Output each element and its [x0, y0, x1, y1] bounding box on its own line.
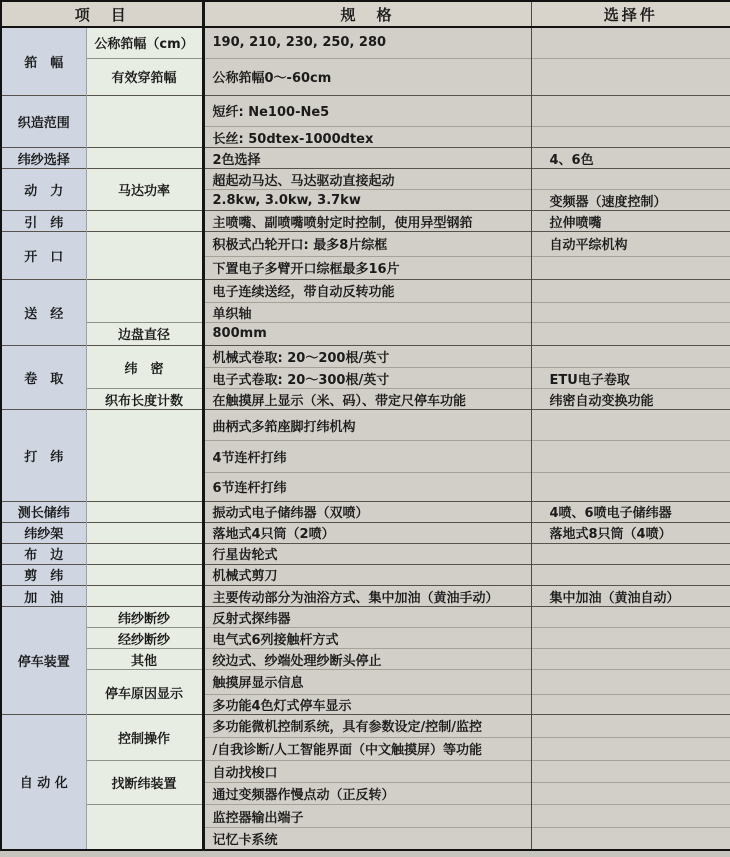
subitem-cell: 控制操作: [86, 714, 203, 760]
spec-cell: 积极式凸轮开口: 最多8片综框: [203, 232, 531, 256]
spec-cell: 在触摸屏上显示（米、码）、带定尺停车功能: [203, 389, 531, 410]
table-row: 开 口 积极式凸轮开口: 最多8片综框 自动平综机构: [1, 232, 730, 256]
category-cell-beating: 打 纬: [1, 410, 86, 501]
subitem-cell: 经纱断纱: [86, 628, 203, 649]
option-cell: 4喷、6喷电子储纬器: [531, 501, 730, 522]
category-cell-lubrication: 加 油: [1, 586, 86, 607]
table-row: 卷 取 纬 密 机械式卷取: 20～200根/英寸: [1, 345, 730, 367]
option-cell: [531, 322, 730, 345]
spec-cell: 通过变频器作慢点动（正反转）: [203, 782, 531, 804]
option-cell: 落地式8只筒（4喷）: [531, 522, 730, 543]
option-cell: [531, 302, 730, 322]
subitem-cell: [86, 148, 203, 169]
subitem-cell: 停车原因显示: [86, 670, 203, 714]
category-cell-weaving-range: 织造范围: [1, 95, 86, 147]
table-row: 布 边 行星齿轮式: [1, 543, 730, 564]
table-row: 织布长度计数 在触摸屏上显示（米、码）、带定尺停车功能 纬密自动变换功能: [1, 389, 730, 410]
table-row: 织造范围 短纤: Ne100-Ne5: [1, 95, 730, 126]
table-row: 停车原因显示 触摸屏显示信息: [1, 670, 730, 694]
option-cell: 拉伸喷嘴: [531, 211, 730, 232]
spec-cell: 电子式卷取: 20～300根/英寸: [203, 368, 531, 389]
option-cell: [531, 782, 730, 804]
spec-cell: 行星齿轮式: [203, 543, 531, 564]
option-cell: [531, 27, 730, 58]
category-cell-reed-width: 筘 幅: [1, 27, 86, 95]
table-row: 测长储纬 振动式电子储纬器（双喷） 4喷、6喷电子储纬器: [1, 501, 730, 522]
header-row: 项 目 规 格 选择件: [1, 1, 730, 27]
column-header-options: 选择件: [531, 1, 730, 27]
option-cell: [531, 714, 730, 737]
spec-cell: 主喷嘴、副喷嘴喷射定时控制，使用异型钢筘: [203, 211, 531, 232]
subitem-cell: [86, 564, 203, 585]
spec-cell: 主要传动部分为油浴方式、集中加油（黄油手动）: [203, 586, 531, 607]
option-cell: [531, 607, 730, 628]
spec-cell: 机械式剪刀: [203, 564, 531, 585]
subitem-cell: [86, 543, 203, 564]
spec-cell: 电子连续送经，带自动反转功能: [203, 279, 531, 302]
option-cell: 自动平综机构: [531, 232, 730, 256]
table-row: 纬纱架 落地式4只筒（2喷） 落地式8只筒（4喷）: [1, 522, 730, 543]
option-cell: [531, 169, 730, 190]
spec-cell: 下置电子多臂开口综框最多16片: [203, 256, 531, 279]
spec-cell: 超起动马达、马达驱动直接起动: [203, 169, 531, 190]
category-cell-selvage: 布 边: [1, 543, 86, 564]
table-row: 监控器输出端子: [1, 805, 730, 828]
table-row: 动 力 马达功率 超起动马达、马达驱动直接起动: [1, 169, 730, 190]
table-row: 剪 纬 机械式剪刀: [1, 564, 730, 585]
subitem-cell: 其他: [86, 649, 203, 670]
option-cell: [531, 628, 730, 649]
option-cell: [531, 441, 730, 472]
table-row: 其他 绞边式、纱端处理纱断头停止: [1, 649, 730, 670]
option-cell: [531, 345, 730, 367]
category-cell-weft-cutting: 剪 纬: [1, 564, 86, 585]
subitem-cell: [86, 211, 203, 232]
table-row: 送 经 电子连续送经，带自动反转功能: [1, 279, 730, 302]
option-cell: [531, 828, 730, 850]
spec-cell: 记忆卡系统: [203, 828, 531, 850]
table-row: 加 油 主要传动部分为油浴方式、集中加油（黄油手动） 集中加油（黄油自动）: [1, 586, 730, 607]
subitem-cell: 找断纬装置: [86, 760, 203, 804]
spec-cell: 自动找梭口: [203, 760, 531, 782]
category-cell-weft-insertion: 引 纬: [1, 211, 86, 232]
subitem-cell: [86, 522, 203, 543]
spec-cell: 多功能4色灯式停车显示: [203, 694, 531, 714]
spec-cell: 振动式电子储纬器（双喷）: [203, 501, 531, 522]
option-cell: [531, 256, 730, 279]
option-cell: [531, 805, 730, 828]
spec-table: 项 目 规 格 选择件 筘 幅 公称筘幅（cm） 190, 210, 230, …: [0, 0, 730, 851]
option-cell: [531, 410, 730, 441]
table-row: 有效穿筘幅 公称筘幅0～-60cm: [1, 58, 730, 95]
spec-cell: 电气式6列接触杆方式: [203, 628, 531, 649]
category-cell-automation: 自 动 化: [1, 714, 86, 850]
subitem-cell: 织布长度计数: [86, 389, 203, 410]
table-row: 找断纬装置 自动找梭口: [1, 760, 730, 782]
spec-cell: 机械式卷取: 20～200根/英寸: [203, 345, 531, 367]
option-cell: [531, 737, 730, 760]
option-cell: [531, 279, 730, 302]
spec-cell: 4节连杆打纬: [203, 441, 531, 472]
table-row: 引 纬 主喷嘴、副喷嘴喷射定时控制，使用异型钢筘 拉伸喷嘴: [1, 211, 730, 232]
option-cell: [531, 760, 730, 782]
spec-cell: 绞边式、纱端处理纱断头停止: [203, 649, 531, 670]
category-cell-weft-selection: 纬纱选择: [1, 148, 86, 169]
subitem-cell: [86, 805, 203, 850]
option-cell: [531, 58, 730, 95]
spec-cell: 公称筘幅0～-60cm: [203, 58, 531, 95]
spec-cell: 6节连杆打纬: [203, 472, 531, 501]
subitem-cell: [86, 410, 203, 501]
table-row: 边盘直径 800mm: [1, 322, 730, 345]
option-cell: [531, 564, 730, 585]
option-cell: 集中加油（黄油自动）: [531, 586, 730, 607]
table-row: 自 动 化 控制操作 多功能微机控制系统，具有参数设定/控制/监控: [1, 714, 730, 737]
option-cell: [531, 543, 730, 564]
category-cell-stop-devices: 停车装置: [1, 607, 86, 714]
option-cell: 变频器（速度控制）: [531, 190, 730, 211]
spec-cell: 长丝: 50dtex-1000dtex: [203, 126, 531, 147]
subitem-cell: 边盘直径: [86, 322, 203, 345]
spec-cell: 单织轴: [203, 302, 531, 322]
spec-cell: 190, 210, 230, 250, 280: [203, 27, 531, 58]
subitem-cell: 纬纱断纱: [86, 607, 203, 628]
option-cell: [531, 670, 730, 694]
spec-cell: 曲柄式多筘座脚打纬机构: [203, 410, 531, 441]
spec-cell: 监控器输出端子: [203, 805, 531, 828]
subitem-cell: [86, 232, 203, 279]
subitem-cell: 纬 密: [86, 345, 203, 388]
spec-cell: 2.8kw, 3.0kw, 3.7kw: [203, 190, 531, 211]
option-cell: 纬密自动变换功能: [531, 389, 730, 410]
column-header-spec: 规 格: [203, 1, 531, 27]
subitem-cell: [86, 586, 203, 607]
table-row: 纬纱选择 2色选择 4、6色: [1, 148, 730, 169]
spec-cell: 800mm: [203, 322, 531, 345]
column-header-item: 项 目: [1, 1, 203, 27]
option-cell: [531, 472, 730, 501]
table-row: 筘 幅 公称筘幅（cm） 190, 210, 230, 250, 280: [1, 27, 730, 58]
spec-cell: 短纤: Ne100-Ne5: [203, 95, 531, 126]
subitem-cell: 马达功率: [86, 169, 203, 211]
table-row: 经纱断纱 电气式6列接触杆方式: [1, 628, 730, 649]
subitem-cell: [86, 279, 203, 322]
option-cell: 4、6色: [531, 148, 730, 169]
option-cell: [531, 649, 730, 670]
option-cell: [531, 126, 730, 147]
subitem-cell: 公称筘幅（cm）: [86, 27, 203, 58]
option-cell: [531, 694, 730, 714]
subitem-cell: 有效穿筘幅: [86, 58, 203, 95]
category-cell-take-up: 卷 取: [1, 345, 86, 409]
category-cell-weft-measuring: 测长储纬: [1, 501, 86, 522]
category-cell-shedding: 开 口: [1, 232, 86, 279]
spec-cell: 2色选择: [203, 148, 531, 169]
table-row: 停车装置 纬纱断纱 反射式探纬器: [1, 607, 730, 628]
spec-cell: 落地式4只筒（2喷）: [203, 522, 531, 543]
spec-cell: 反射式探纬器: [203, 607, 531, 628]
option-cell: [531, 95, 730, 126]
table-row: 打 纬 曲柄式多筘座脚打纬机构: [1, 410, 730, 441]
category-cell-power: 动 力: [1, 169, 86, 211]
option-cell: ETU电子卷取: [531, 368, 730, 389]
category-cell-let-off: 送 经: [1, 279, 86, 345]
category-cell-weft-stand: 纬纱架: [1, 522, 86, 543]
spec-cell: 多功能微机控制系统，具有参数设定/控制/监控: [203, 714, 531, 737]
spec-cell: /自我诊断/人工智能界面（中文触摸屏）等功能: [203, 737, 531, 760]
spec-cell: 触摸屏显示信息: [203, 670, 531, 694]
subitem-cell: [86, 501, 203, 522]
subitem-cell: [86, 95, 203, 147]
